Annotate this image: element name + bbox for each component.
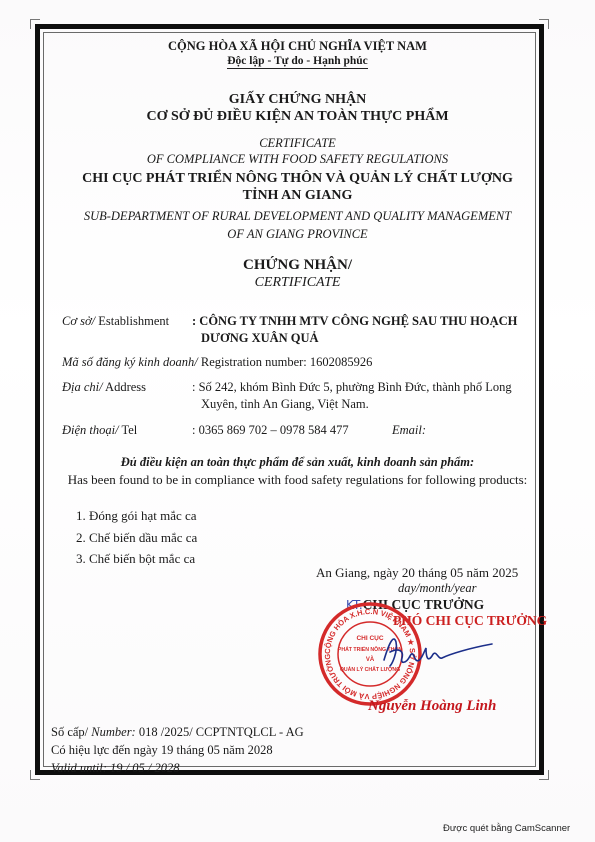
address-field: Địa chỉ/ Address : Số 242, khóm Bình Đức… [0, 380, 595, 414]
issue-date: An Giang, ngày 20 tháng 05 năm 2025 [316, 565, 518, 581]
valid-until-vn: Có hiệu lực đến ngày 19 tháng 05 năm 202… [51, 743, 273, 758]
establishment-value-line1: : CÔNG TY TNHH MTV CÔNG NGHỆ SAU THU HOẠ… [192, 314, 517, 329]
valid-until-en: Valid until: 19 / 05 / 2028 [51, 761, 179, 776]
registration-value: 1602085926 [310, 355, 373, 369]
issuer-name-vn: CHI CỤC PHÁT TRIỂN NÔNG THÔN VÀ QUẢN LÝ … [0, 171, 595, 187]
establishment-field: Cơ sở/ Establishment : CÔNG TY TNHH MTV … [0, 314, 595, 348]
address-value-line2: Xuyên, tỉnh An Giang, Việt Nam. [201, 397, 369, 412]
certificate-number: Số cấp/ Number: 018 /2025/ CCPTNTQLCL - … [51, 725, 304, 740]
establishment-value-line2: DƯƠNG XUÂN QUẢ [201, 331, 319, 346]
tel-value: : 0365 869 702 – 0978 584 477 [192, 423, 349, 438]
certificate-subtitle-en: OF COMPLIANCE WITH FOOD SAFETY REGULATIO… [0, 152, 595, 167]
label-en: Address [103, 380, 146, 394]
registration-label-en: Registration number: [198, 355, 310, 369]
border-corner [30, 19, 40, 29]
certificate-title-vn: GIẤY CHỨNG NHẬN [0, 92, 595, 108]
email-label: Email: [392, 423, 426, 438]
signer-name: Nguyễn Hoàng Linh [368, 698, 496, 715]
scanner-watermark: Được quét bằng CamScanner [443, 823, 570, 834]
certificate-subtitle-vn: CƠ SỞ ĐỦ ĐIỀU KIỆN AN TOÀN THỰC PHẨM [0, 109, 595, 125]
date-format-label: day/month/year [398, 581, 476, 596]
number-value: 018 /2025/ CCPTNTQLCL - AG [136, 725, 304, 739]
handwritten-signature-icon [380, 630, 495, 675]
label-en: Establishment [95, 314, 169, 328]
address-label: Địa chỉ/ Address [62, 380, 146, 395]
issuer-province-en: OF AN GIANG PROVINCE [0, 227, 595, 242]
label-vn: Địa chỉ/ [62, 380, 103, 394]
national-motto: Độc lập - Tự do - Hạnh phúc [0, 55, 595, 67]
stamp-inner-line3: VÀ [366, 656, 375, 663]
national-title: CỘNG HÒA XÃ HỘI CHỦ NGHĨA VIỆT NAM [0, 39, 595, 54]
registration-label-vn: Mã số đăng ký kinh doanh/ [62, 355, 198, 369]
border-corner [539, 19, 549, 29]
issuer-province-vn: TỈNH AN GIANG [0, 188, 595, 204]
label-en: Tel [119, 423, 138, 437]
number-label-en: Number: [91, 725, 135, 739]
number-label-vn: Số cấp/ [51, 725, 91, 739]
certifies-heading-en: CERTIFICATE [0, 275, 595, 291]
product-item: 1. Đóng gói hạt mắc ca [76, 508, 197, 524]
certificate-title-en: CERTIFICATE [0, 136, 595, 151]
compliance-statement-vn: Đủ điều kiện an toàn thực phẩm để sản xu… [0, 455, 595, 470]
tel-field: Điện thoại/ Tel : 0365 869 702 – 0978 58… [0, 423, 595, 441]
compliance-statement-en: Has been found to be in compliance with … [0, 472, 595, 488]
issuer-name-en: SUB-DEPARTMENT OF RURAL DEVELOPMENT AND … [0, 209, 595, 224]
tel-label: Điện thoại/ Tel [62, 423, 137, 438]
registration-field: Mã số đăng ký kinh doanh/ Registration n… [62, 355, 372, 370]
address-value-line1: : Số 242, khóm Bình Đức 5, phường Bình Đ… [192, 380, 512, 395]
label-vn: Điện thoại/ [62, 423, 119, 437]
border-corner [30, 770, 40, 780]
certifies-heading-vn: CHỨNG NHẬN/ [0, 257, 595, 274]
motto-text: Độc lập - Tự do - Hạnh phúc [227, 55, 368, 69]
label-vn: Cơ sở/ [62, 314, 95, 328]
product-item: 2. Chế biến dầu mắc ca [76, 530, 197, 546]
border-corner [539, 770, 549, 780]
product-item: 3. Chế biến bột mắc ca [76, 551, 195, 567]
establishment-label: Cơ sở/ Establishment [62, 314, 169, 329]
